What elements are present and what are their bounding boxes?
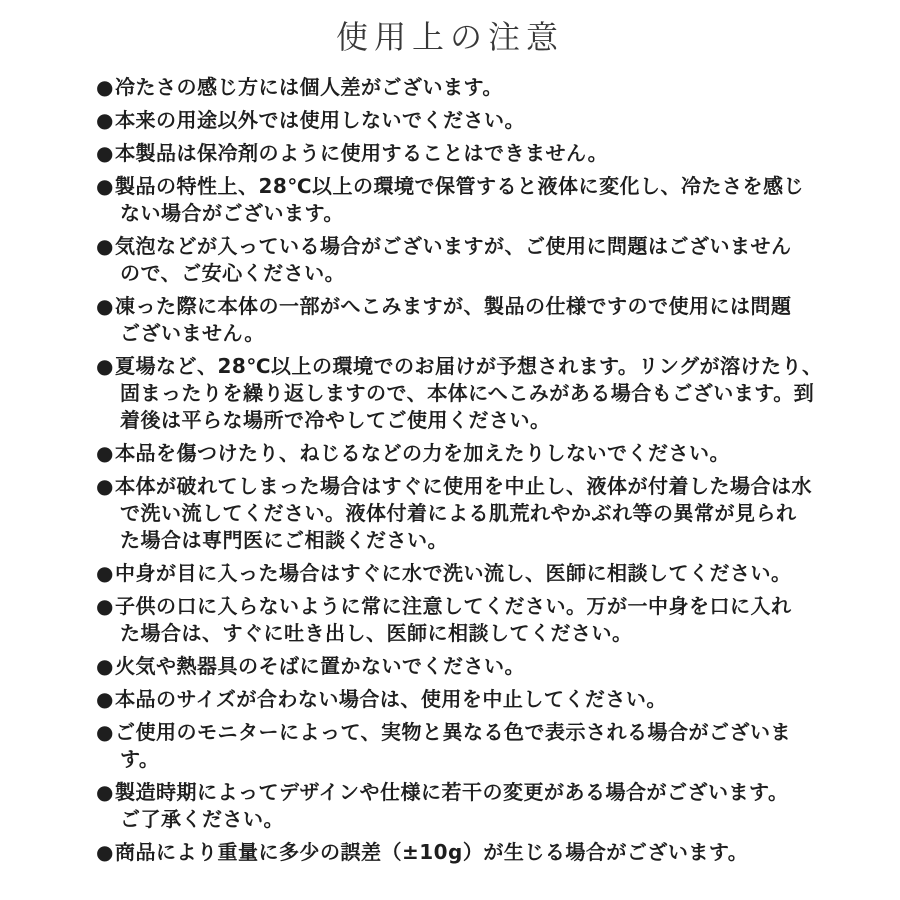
notice-item: ●本来の用途以外では使用しないでください。 [96, 107, 832, 134]
notice-item-text: 凍った際に本体の一部がへこみますが、製品の仕様ですので使用には問題 ございません… [115, 294, 792, 345]
notice-item-text: 本品のサイズが合わない場合は、使用を中止してください。 [115, 687, 667, 711]
notice-item-text: 気泡などが入っている場合がございますが、ご使用に問題はございません ので、ご安心… [115, 234, 792, 285]
bullet-icon: ● [96, 780, 114, 804]
notice-item: ●商品により重量に多少の誤差（±10g）が生じる場合がございます。 [96, 839, 832, 866]
notice-item-text: ご使用のモニターによって、実物と異なる色で表示される場合がございま す。 [115, 720, 791, 771]
bullet-icon: ● [96, 720, 114, 744]
notice-item: ●製品の特性上、28℃以上の環境で保管すると液体に変化し、冷たさを感じ ない場合… [96, 173, 832, 227]
notice-item-text: 製品の特性上、28℃以上の環境で保管すると液体に変化し、冷たさを感じ ない場合が… [115, 174, 804, 225]
bullet-icon: ● [96, 108, 114, 132]
notice-item: ●本品を傷つけたり、ねじるなどの力を加えたりしないでください。 [96, 440, 832, 467]
bullet-icon: ● [96, 474, 114, 498]
notice-item-text: 商品により重量に多少の誤差（±10g）が生じる場合がございます。 [115, 840, 748, 864]
notice-item-text: 夏場など、28℃以上の環境でのお届けが予想されます。リングが溶けたり、 固まった… [115, 354, 823, 432]
notice-item: ●ご使用のモニターによって、実物と異なる色で表示される場合がございま す。 [96, 719, 832, 773]
notice-item-text: 冷たさの感じ方には個人差がございます。 [115, 75, 503, 99]
notice-item: ●中身が目に入った場合はすぐに水で洗い流し、医師に相談してください。 [96, 560, 832, 587]
notice-item: ●火気や熱器具のそばに置かないでください。 [96, 653, 832, 680]
precautions-page: 使用上の注意 ●冷たさの感じ方には個人差がございます。 ●本来の用途以外では使用… [0, 0, 900, 900]
bullet-icon: ● [96, 234, 114, 258]
bullet-icon: ● [96, 141, 114, 165]
notice-item-text: 本来の用途以外では使用しないでください。 [115, 108, 525, 132]
bullet-icon: ● [96, 561, 114, 585]
bullet-icon: ● [96, 294, 114, 318]
bullet-icon: ● [96, 441, 114, 465]
notice-item-text: 本体が破れてしまった場合はすぐに使用を中止し、液体が付着した場合は水 で洗い流し… [115, 474, 812, 552]
notice-item-text: 製造時期によってデザインや仕様に若干の変更がある場合がございます。 ご了承くださ… [115, 780, 789, 831]
page-title: 使用上の注意 [0, 0, 900, 58]
bullet-icon: ● [96, 654, 114, 678]
bullet-icon: ● [96, 354, 114, 378]
notice-item: ●製造時期によってデザインや仕様に若干の変更がある場合がございます。 ご了承くだ… [96, 779, 832, 833]
notice-item: ●本体が破れてしまった場合はすぐに使用を中止し、液体が付着した場合は水 で洗い流… [96, 473, 832, 554]
notice-item-text: 本品を傷つけたり、ねじるなどの力を加えたりしないでください。 [115, 441, 730, 465]
notice-item: ●冷たさの感じ方には個人差がございます。 [96, 74, 832, 101]
bullet-icon: ● [96, 594, 114, 618]
notice-item: ●本品のサイズが合わない場合は、使用を中止してください。 [96, 686, 832, 713]
bullet-icon: ● [96, 687, 114, 711]
bullet-icon: ● [96, 75, 114, 99]
notice-item-text: 子供の口に入らないように常に注意してください。万が一中身を口に入れ た場合は、す… [115, 594, 792, 645]
notice-item: ●気泡などが入っている場合がございますが、ご使用に問題はございません ので、ご安… [96, 233, 832, 287]
notice-item: ●夏場など、28℃以上の環境でのお届けが予想されます。リングが溶けたり、 固まっ… [96, 353, 832, 434]
notice-list: ●冷たさの感じ方には個人差がございます。 ●本来の用途以外では使用しないでくださ… [96, 74, 832, 866]
bullet-icon: ● [96, 174, 114, 198]
notice-item-text: 本製品は保冷剤のように使用することはできません。 [115, 141, 608, 165]
notice-item: ●子供の口に入らないように常に注意してください。万が一中身を口に入れ た場合は、… [96, 593, 832, 647]
notice-item: ●凍った際に本体の一部がへこみますが、製品の仕様ですので使用には問題 ございませ… [96, 293, 832, 347]
notice-item-text: 火気や熱器具のそばに置かないでください。 [115, 654, 525, 678]
bullet-icon: ● [96, 840, 114, 864]
notice-item-text: 中身が目に入った場合はすぐに水で洗い流し、医師に相談してください。 [115, 561, 792, 585]
notice-item: ●本製品は保冷剤のように使用することはできません。 [96, 140, 832, 167]
